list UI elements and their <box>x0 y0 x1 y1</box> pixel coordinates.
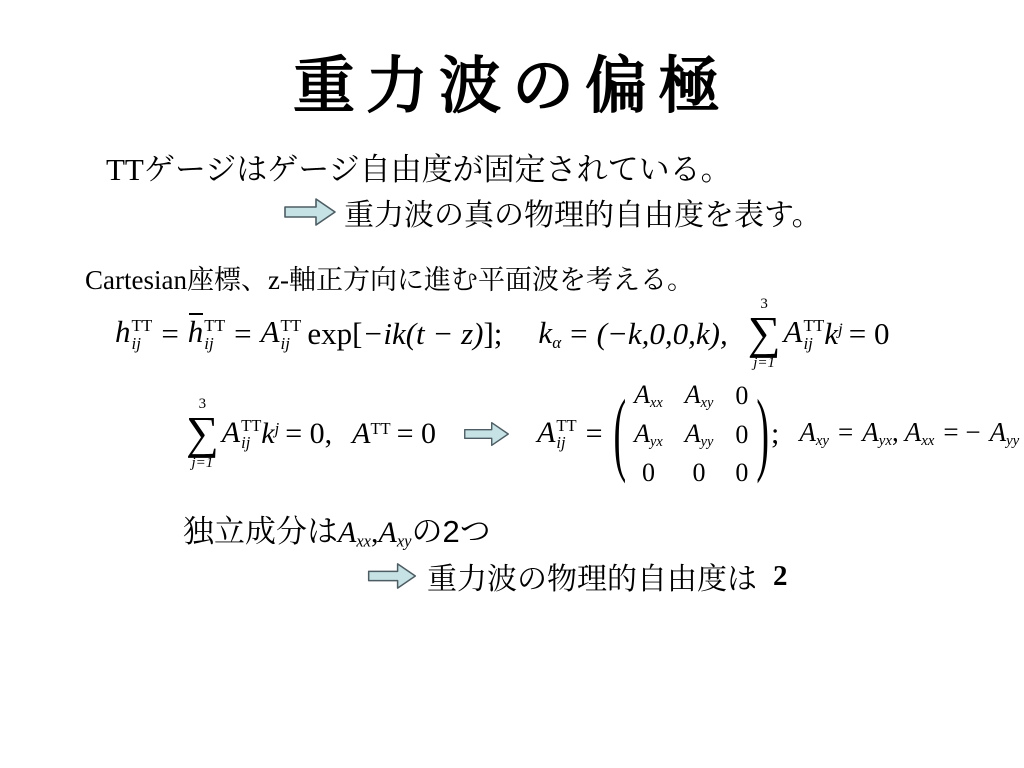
a-xy-symbol: Axy <box>378 516 411 552</box>
conclusion-suffix: の2つ <box>411 506 490 551</box>
intro-line-1: TTゲージはゲージ自由度が固定されている。 <box>106 144 732 189</box>
wave-vector-components: (−k,0,0,k), <box>597 316 728 352</box>
summation-symbol: 3 ∑ j=1 <box>748 297 781 370</box>
equals-sign: = <box>570 316 587 352</box>
matrix-cell: 0 <box>693 458 706 488</box>
amplitude-tt-symbol: ATTij <box>222 416 262 452</box>
summation-symbol: 3 ∑ j=1 <box>186 397 219 470</box>
a-xx-symbol: Axx <box>338 516 371 552</box>
matrix-grid: Axx Axy 0 Ayx Ayy 0 0 0 0 <box>626 380 756 488</box>
intro-line-2: 重力波の真の物理的自由度を表す。 <box>283 190 822 234</box>
equals-sign: = <box>586 417 603 451</box>
intro-line-1-text: ゲージはゲージ自由度が固定されている。 <box>144 152 732 187</box>
k-j-symbol: kj <box>824 316 843 352</box>
slide: 重力波の偏極 TTゲージはゲージ自由度が固定されている。 重力波の真の物理的自由… <box>0 0 1024 768</box>
final-conclusion-line: 重力波の物理的自由度は 2 <box>366 554 788 598</box>
exp-close: ]; <box>483 316 502 352</box>
intro-latin-prefix: TT <box>106 152 144 187</box>
exp-open: exp[ <box>307 316 362 352</box>
right-arrow-shape <box>465 423 509 446</box>
conclusion-prefix: 独立成分は <box>183 506 338 551</box>
symmetry-relations: Axy=Ayx,Axx= −Ayy <box>799 417 1019 450</box>
matrix-cell: Ayy <box>685 419 714 451</box>
right-parenthesis: ) <box>756 387 769 480</box>
exp-argument: −ik(t − z) <box>362 316 483 352</box>
slide-title: 重力波の偏極 <box>0 36 1024 125</box>
equals-sign: = <box>161 316 178 352</box>
h-tt-symbol: hTTij <box>115 314 152 353</box>
left-parenthesis: ( <box>613 387 626 480</box>
equals-zero-comma: = 0, <box>285 417 332 451</box>
amplitude-matrix: ( Axx Axy 0 Ayx Ayy 0 0 0 0 ) <box>613 382 769 486</box>
matrix-cell: 0 <box>642 458 655 488</box>
degrees-of-freedom-count: 2 <box>773 560 788 593</box>
independent-components-line: 独立成分は Axx,Axy の2つ <box>183 506 491 552</box>
right-arrow-shape <box>285 199 335 225</box>
h-bar-tt-symbol: hTTij <box>188 314 225 353</box>
matrix-cell: Axy <box>685 380 714 412</box>
amplitude-tt-symbol: ATTij <box>537 416 577 452</box>
amplitude-tt-symbol: ATTij <box>784 314 825 353</box>
plane-wave-equation: hTTij = hTTij = ATTij exp[ −ik(t − z) ];… <box>115 291 890 377</box>
matrix-cell: 0 <box>735 458 748 488</box>
k-j-symbol: kj <box>261 417 279 451</box>
matrix-cell: 0 <box>735 420 748 450</box>
right-arrow-icon <box>366 562 418 590</box>
equals-zero: = 0 <box>397 417 436 451</box>
final-text: 重力波の物理的自由度は <box>427 554 757 598</box>
equals-sign: = <box>234 316 251 352</box>
amplitude-tt-symbol: ATTij <box>261 314 302 353</box>
equals-zero: = 0 <box>849 316 890 352</box>
constraint-equation: 3 ∑ j=1 ATTij kj = 0, ATT = 0 ATTij = ( … <box>186 381 1019 487</box>
matrix-cell: 0 <box>735 381 748 411</box>
right-arrow-icon <box>283 197 337 227</box>
wave-vector-symbol: kα <box>538 315 561 353</box>
right-arrow-icon <box>463 416 510 452</box>
trace-symbol: ATT <box>352 417 391 451</box>
intro-line-2-text: 重力波の真の物理的自由度を表す。 <box>344 190 822 234</box>
matrix-cell: Axx <box>634 380 663 412</box>
right-arrow-shape <box>369 564 416 588</box>
matrix-cell: Ayx <box>634 419 663 451</box>
semicolon: ; <box>771 417 779 451</box>
